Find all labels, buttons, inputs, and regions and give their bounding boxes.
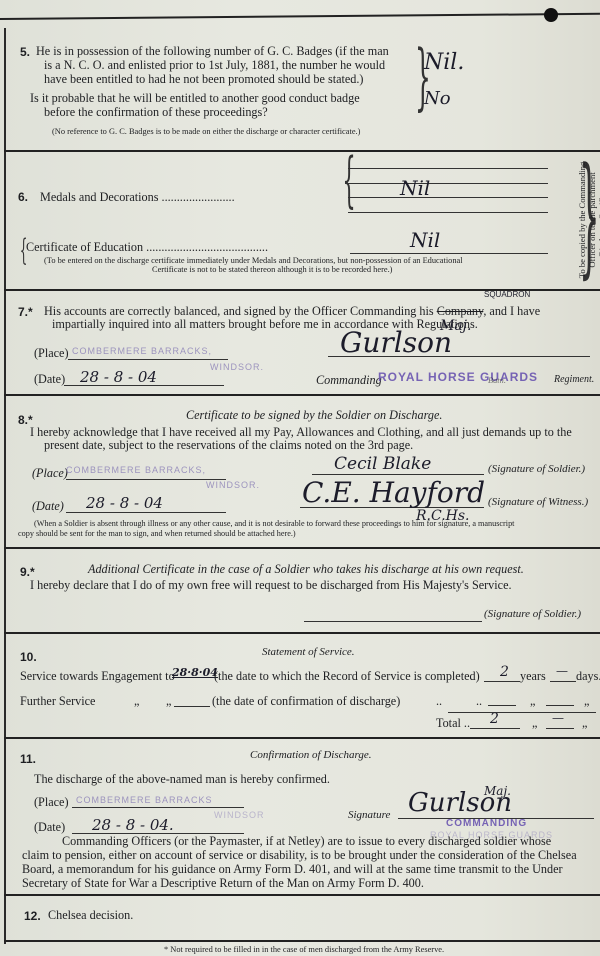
confirming-rank: Maj. [484, 784, 511, 798]
section6-number: 6. [18, 190, 28, 204]
chelsea-decision-label: Chelsea decision. [48, 908, 133, 922]
divider [4, 632, 600, 634]
section8-title: Certificate to be signed by the Soldier … [186, 408, 442, 422]
witness-signature: C.E. Hayford [302, 476, 485, 509]
total-rule [448, 712, 596, 713]
place-stamp: COMBERMERE BARRACKS, [66, 465, 206, 475]
punch-hole [544, 8, 558, 22]
signature-label: Signature [348, 808, 390, 822]
side-note-line: Officer on to the parchment [587, 150, 597, 290]
service-days[interactable]: — [556, 664, 568, 678]
section5-q2-line1: Is it probable that he will be entitled … [30, 91, 360, 105]
section11-number: 11. [20, 752, 36, 766]
top-rule [0, 13, 600, 20]
date-value[interactable]: 28 - 8 - 04 [80, 368, 157, 386]
total-years[interactable]: 2 [490, 711, 499, 727]
days-label: days. [576, 669, 600, 683]
soldier-signature-line [312, 474, 484, 475]
side-note-line: To be copied by the Commanding [577, 150, 587, 290]
section11-title: Confirmation of Discharge. [250, 748, 372, 762]
further-days-line [546, 705, 574, 706]
place-line [72, 807, 244, 808]
ditto-mark: „ [584, 694, 589, 708]
total-label: Total .. [436, 716, 470, 730]
medals-label-text: Medals and Decorations [40, 190, 158, 204]
days-line [550, 681, 576, 682]
section11-line1: The discharge of the above-named man is … [34, 772, 330, 786]
section7-number: 7.* [18, 305, 33, 319]
section5-number: 5. [20, 45, 30, 59]
ditto-mark: „ [530, 694, 535, 708]
further-date-line [174, 706, 210, 707]
date-line [66, 512, 226, 513]
ditto-mark: „ [582, 716, 587, 730]
commanding-stamp: COMMANDING [446, 818, 527, 829]
regiment-stamp: ROYAL HORSE GUARDS [378, 370, 538, 384]
officer-signature: Gurlson [340, 326, 452, 359]
years-label: years [520, 669, 546, 683]
place-stamp-town: WINDSOR. [210, 362, 264, 372]
date-label: (Date) [34, 820, 65, 834]
section7-line1-text: His accounts are correctly balanced, and… [44, 304, 434, 318]
medals-line [348, 197, 548, 198]
section8-line1: I hereby acknowledge that I have receive… [30, 425, 572, 439]
place-stamp: COMBERMERE BARRACKS [76, 795, 213, 805]
section5-line1: He is in possession of the following num… [36, 44, 389, 58]
education-note-2: Certificate is not to be stated thereon … [152, 265, 392, 275]
section8-note-2: copy should be sent for the man to sign,… [18, 529, 296, 539]
brace: { [342, 150, 355, 210]
section10-number: 10. [20, 650, 37, 664]
dots: .. [476, 694, 482, 708]
section9-line1: I hereby declare that I do of my own fre… [30, 578, 512, 592]
medals-value[interactable]: Nil [400, 176, 430, 200]
education-value[interactable]: Nil [410, 228, 440, 252]
divider [4, 737, 600, 739]
witness-sig-label: (Signature of Witness.) [488, 495, 588, 509]
divider [4, 394, 600, 396]
section10-title: Statement of Service. [262, 645, 355, 659]
section12-number: 12. [24, 909, 41, 923]
inserted-word: SQUADRON [484, 290, 530, 299]
footnote: * Not required to be filled in in the ca… [164, 945, 444, 955]
date-label: (Date) [34, 372, 65, 386]
education-label-text: Certificate of Education [26, 240, 143, 254]
years-line [484, 681, 520, 682]
medals-line [348, 183, 548, 184]
side-note-text: To be copied by the Commanding Officer o… [577, 150, 600, 290]
total-years-line [470, 728, 520, 729]
education-label: Certificate of Education ...............… [26, 240, 268, 254]
dots: .. [436, 694, 442, 708]
section5-note: (No reference to G. C. Badges is to be m… [52, 127, 360, 137]
section5-line2: is a N. C. O. and enlisted prior to 1st … [44, 58, 385, 72]
officer-rank: Maj. [440, 318, 471, 334]
date-label: (Date) [32, 499, 64, 513]
place-stamp-town: WINDSOR. [206, 480, 260, 490]
date-value[interactable]: 28 - 8 - 04. [92, 816, 174, 834]
place-label: (Place) [32, 466, 68, 480]
total-days[interactable]: — [552, 711, 564, 725]
section9-sig-label: (Signature of Soldier.) [484, 607, 581, 621]
section11-para-2: claim to pension, either on account of s… [22, 848, 577, 862]
batn-label: Batn. [488, 376, 506, 386]
section11-para-1: Commanding Officers (or the Paymaster, i… [62, 834, 551, 848]
section11-para-4: Secretary of State for War a Descriptive… [22, 876, 424, 890]
side-note [528, 80, 558, 210]
medals-line [348, 212, 548, 213]
section5-line3: have been entitled to had he not been pr… [44, 72, 364, 86]
ditto-mark: „ [134, 694, 139, 708]
soldier-sig-label: (Signature of Soldier.) [488, 462, 585, 476]
document-page: 5. He is in possession of the following … [0, 0, 600, 956]
engagement-date[interactable]: 28·8·04 [172, 666, 218, 679]
regiment-label: Regiment. [554, 373, 594, 387]
place-line [68, 359, 228, 360]
place-stamp-town: WINDSOR [214, 810, 265, 820]
service-row1-note: (the date to which the Record of Service… [214, 669, 480, 683]
commanding-label: Commanding [316, 373, 382, 387]
date-value[interactable]: 28 - 8 - 04 [86, 494, 163, 512]
struck-word: Company [437, 304, 484, 318]
service-row1-label: Service towards Engagement to [20, 669, 175, 683]
service-years[interactable]: 2 [500, 664, 509, 680]
section7-line1: His accounts are correctly balanced, and… [44, 304, 540, 318]
service-row1: Service towards Engagement to [20, 669, 175, 683]
badge-probable-answer: No [424, 88, 451, 109]
section7-line1-end: , and I have [483, 304, 540, 318]
further-service-label: Further Service [20, 694, 95, 708]
divider [4, 940, 600, 942]
divider [4, 547, 600, 549]
section9-title: Additional Certificate in the case of a … [88, 562, 524, 576]
further-years-line [488, 705, 516, 706]
further-service-note: (the date of confirmation of discharge) [212, 694, 400, 708]
place-stamp: COMBERMERE BARRACKS, [72, 346, 212, 356]
section8-line2: present date, subject to the reservation… [44, 438, 413, 452]
education-line [350, 253, 548, 254]
place-label: (Place) [34, 346, 69, 360]
place-line [66, 479, 226, 480]
badges-answer: Nil. [424, 50, 464, 75]
section11-para-3: Board, a memorandum for his guidance on … [22, 862, 563, 876]
ditto-mark: „ [532, 716, 537, 730]
section9-number: 9.* [20, 565, 35, 579]
divider [4, 150, 600, 152]
section8-note-1: (When a Soldier is absent through illnes… [34, 519, 514, 529]
medals-line [348, 168, 548, 169]
total-days-line [546, 728, 574, 729]
section9-signature-line [304, 621, 482, 622]
medals-label: Medals and Decorations .................… [40, 190, 235, 204]
place-label: (Place) [34, 795, 69, 809]
divider [4, 894, 600, 896]
section5-q2-line2: before the confirmation of these proceed… [44, 105, 268, 119]
ditto-mark: „ [166, 694, 171, 708]
soldier-signature[interactable]: Cecil Blake [334, 454, 431, 474]
